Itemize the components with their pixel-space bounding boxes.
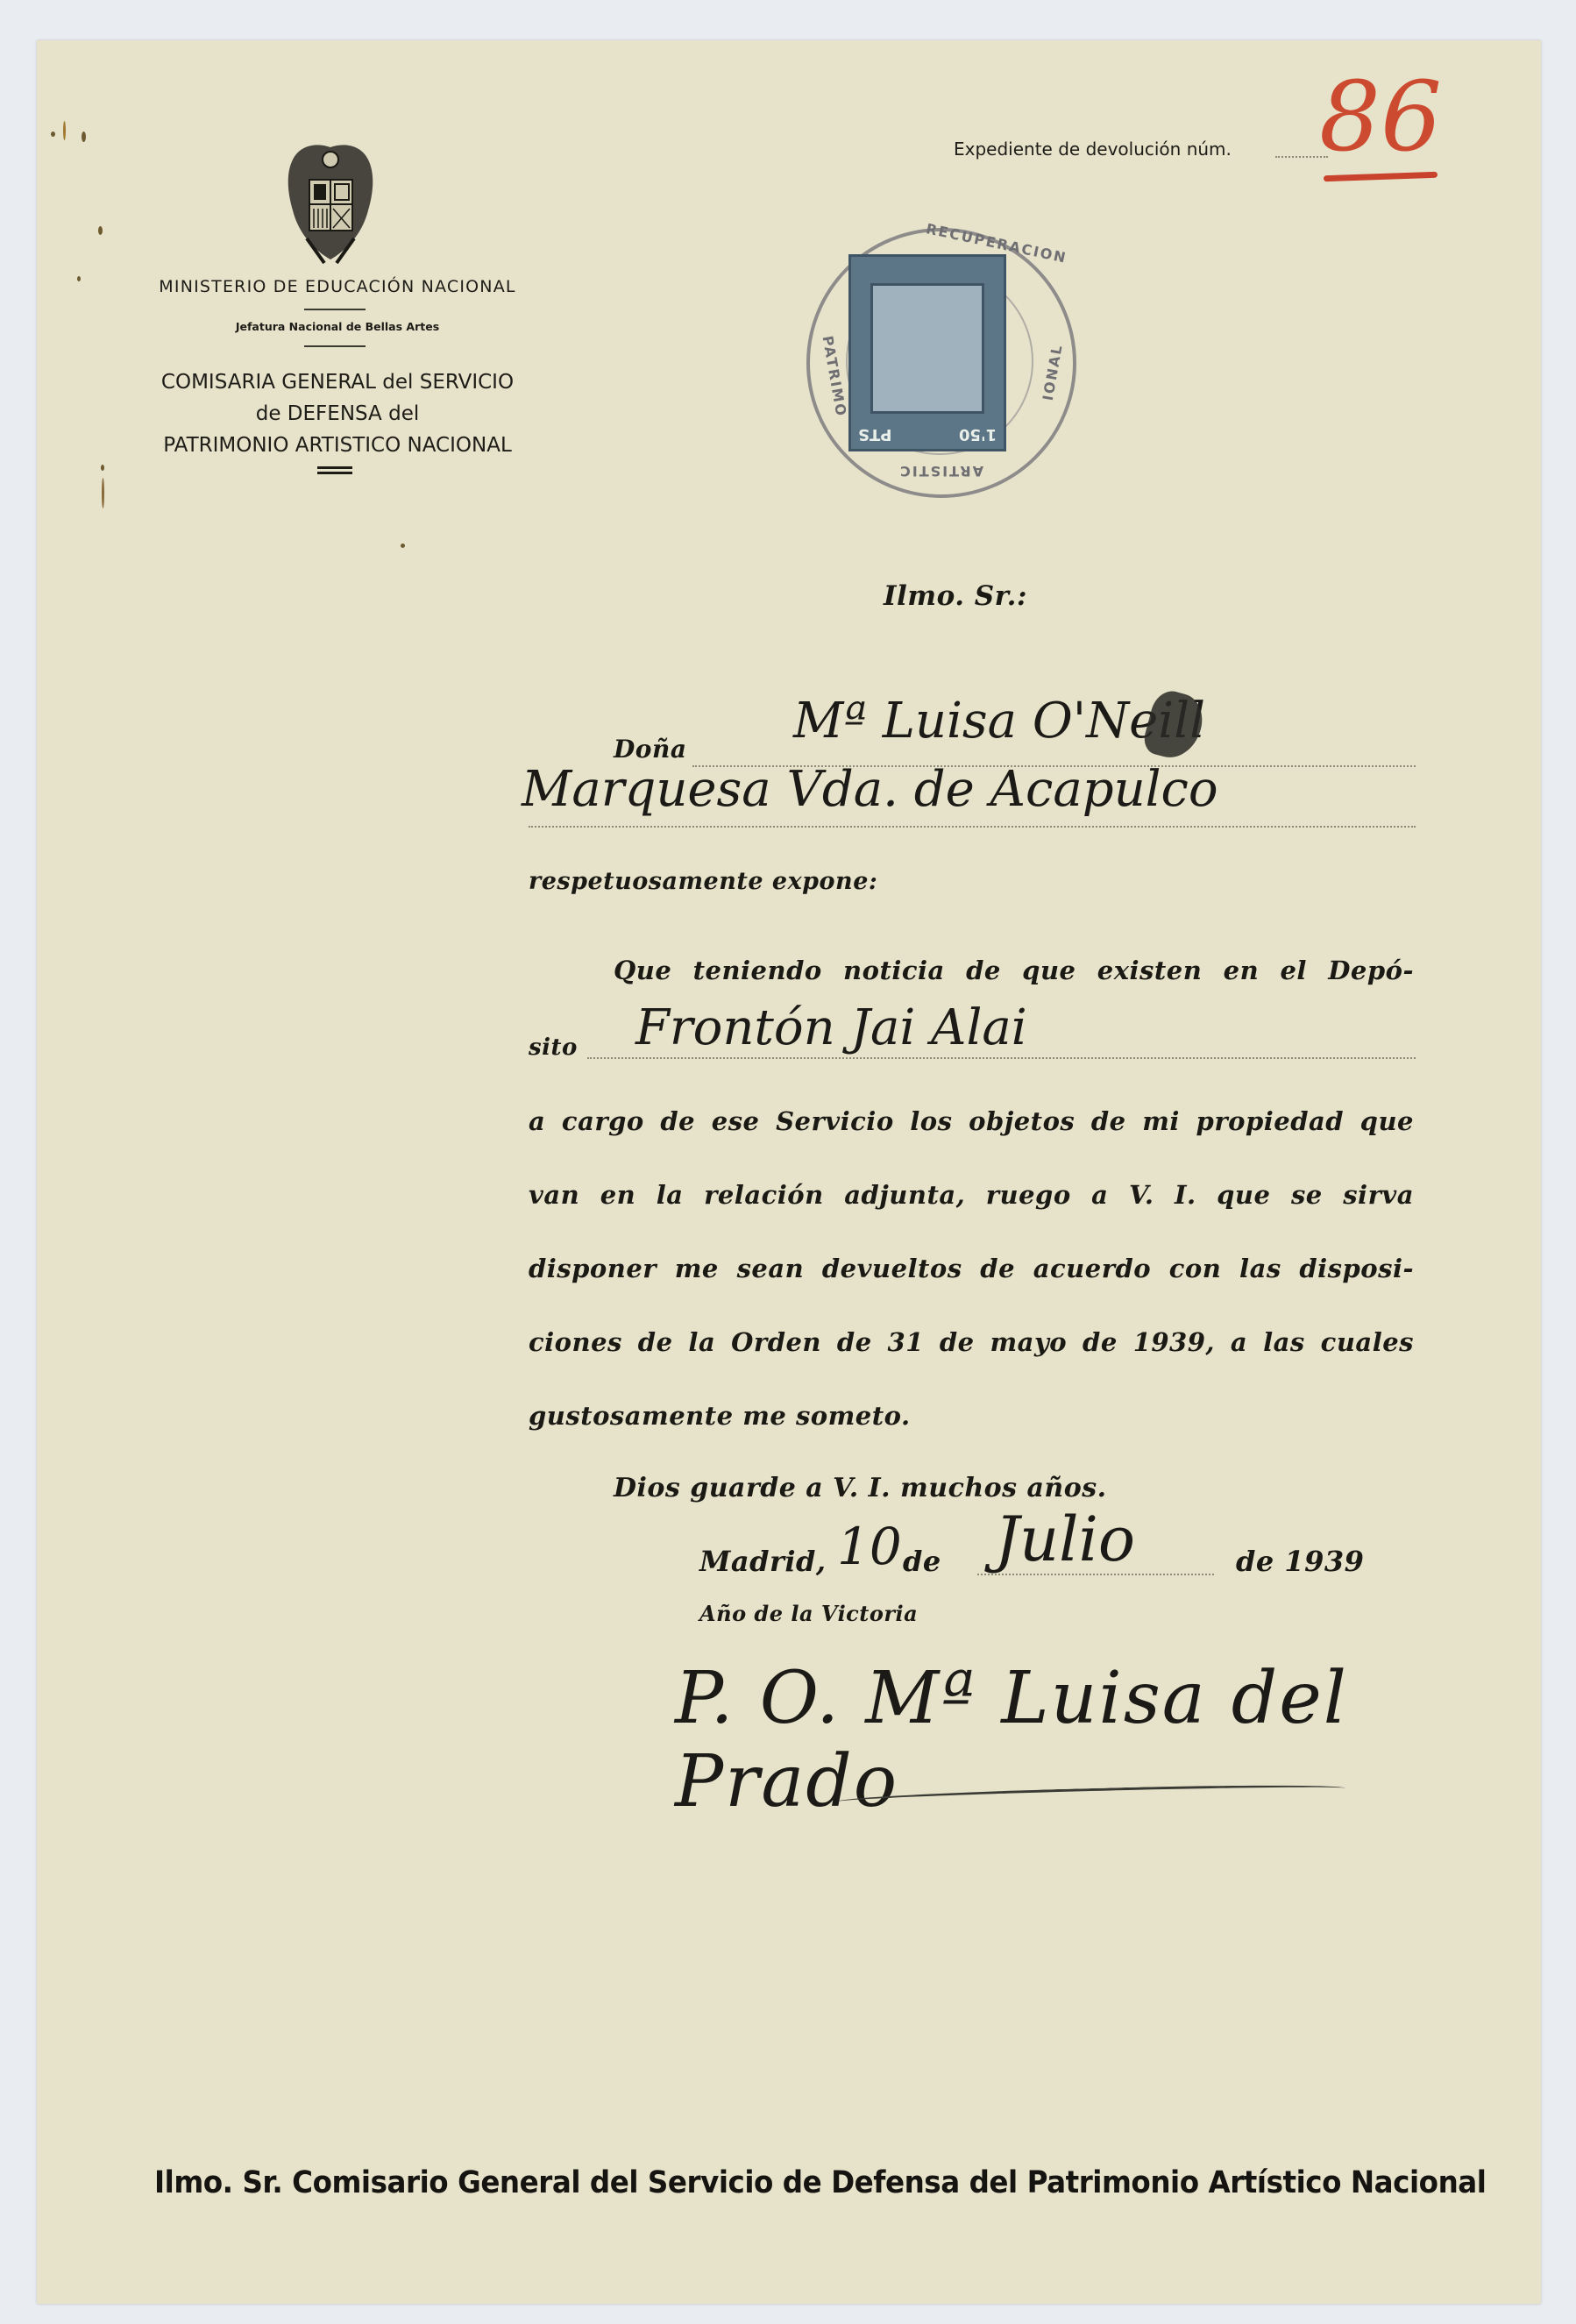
footer-addressee: Ilmo. Sr. Comisario General del Servicio… xyxy=(154,2165,1486,2200)
applicant-prefix: Doña xyxy=(614,735,686,764)
body-line-7: gustosamente me someto. xyxy=(529,1401,911,1431)
date-month: Julio xyxy=(995,1503,1135,1575)
date-day: 10 xyxy=(837,1517,902,1576)
date-de: de xyxy=(903,1545,941,1578)
body-line-4: van en la relación adjunta, ruego a V. I… xyxy=(529,1180,1414,1210)
spanish-coat-of-arms-icon xyxy=(280,140,381,267)
divider xyxy=(304,309,366,310)
deposit-name: Frontón Jai Alai xyxy=(635,999,1027,1056)
paper-stain xyxy=(401,544,405,548)
body-line-3: a cargo de ese Servicio los objetos de m… xyxy=(529,1106,1414,1136)
paper-stain xyxy=(82,131,86,142)
seal-text-bottom: ARTISTIC xyxy=(898,463,983,480)
applicant-title-line xyxy=(529,826,1416,828)
closing: Dios guarde a V. I. muchos años. xyxy=(614,1473,1107,1503)
stamp-currency: PTS xyxy=(858,425,891,444)
ministry-name: MINISTERIO DE EDUCACIÓN NACIONAL xyxy=(136,277,539,296)
file-number-value: 86 xyxy=(1319,68,1442,165)
divider xyxy=(304,345,366,347)
deposit-prefix: sito xyxy=(529,1034,578,1061)
date-city: Madrid, xyxy=(699,1545,827,1578)
body-line-1: Que teniendo noticia de que existen en e… xyxy=(614,956,1414,985)
body-line-5: disponer me sean devueltos de acuerdo co… xyxy=(529,1254,1414,1283)
applicant-name: Mª Luisa O'Neill xyxy=(793,693,1205,750)
commission-name: COMISARIA GENERAL del SERVICIO de DEFENS… xyxy=(136,366,539,461)
paper-stain xyxy=(63,121,66,140)
double-rule xyxy=(317,466,352,474)
paper-stain xyxy=(51,131,55,137)
salutation: Ilmo. Sr.: xyxy=(884,580,1027,612)
file-number-label: Expediente de devolución núm. xyxy=(954,139,1232,160)
commission-line-2: de DEFENSA del xyxy=(136,398,539,430)
commission-line-1: COMISARIA GENERAL del SERVICIO xyxy=(136,366,539,398)
stamp-value: 1'50 xyxy=(959,425,997,444)
stamp-coat-of-arms-icon xyxy=(870,283,984,414)
deposit-line xyxy=(587,1057,1416,1059)
paper-stain xyxy=(98,226,103,235)
paper-stain xyxy=(101,465,104,471)
department-name: Jefatura Nacional de Bellas Artes xyxy=(136,320,539,333)
applicant-title: Marquesa Vda. de Acapulco xyxy=(522,761,1218,818)
intro-text: respetuosamente expone: xyxy=(529,868,877,895)
date-year: de 1939 xyxy=(1236,1545,1364,1578)
fiscal-stamp: PTS 1'50 xyxy=(848,254,1006,451)
body-line-6: ciones de la Orden de 31 de mayo de 1939… xyxy=(529,1327,1414,1357)
year-label: Año de la Victoria xyxy=(699,1601,918,1626)
paper-stain xyxy=(77,276,81,281)
commission-line-3: PATRIMONIO ARTISTICO NACIONAL xyxy=(136,430,539,461)
paper-stain xyxy=(102,478,104,508)
